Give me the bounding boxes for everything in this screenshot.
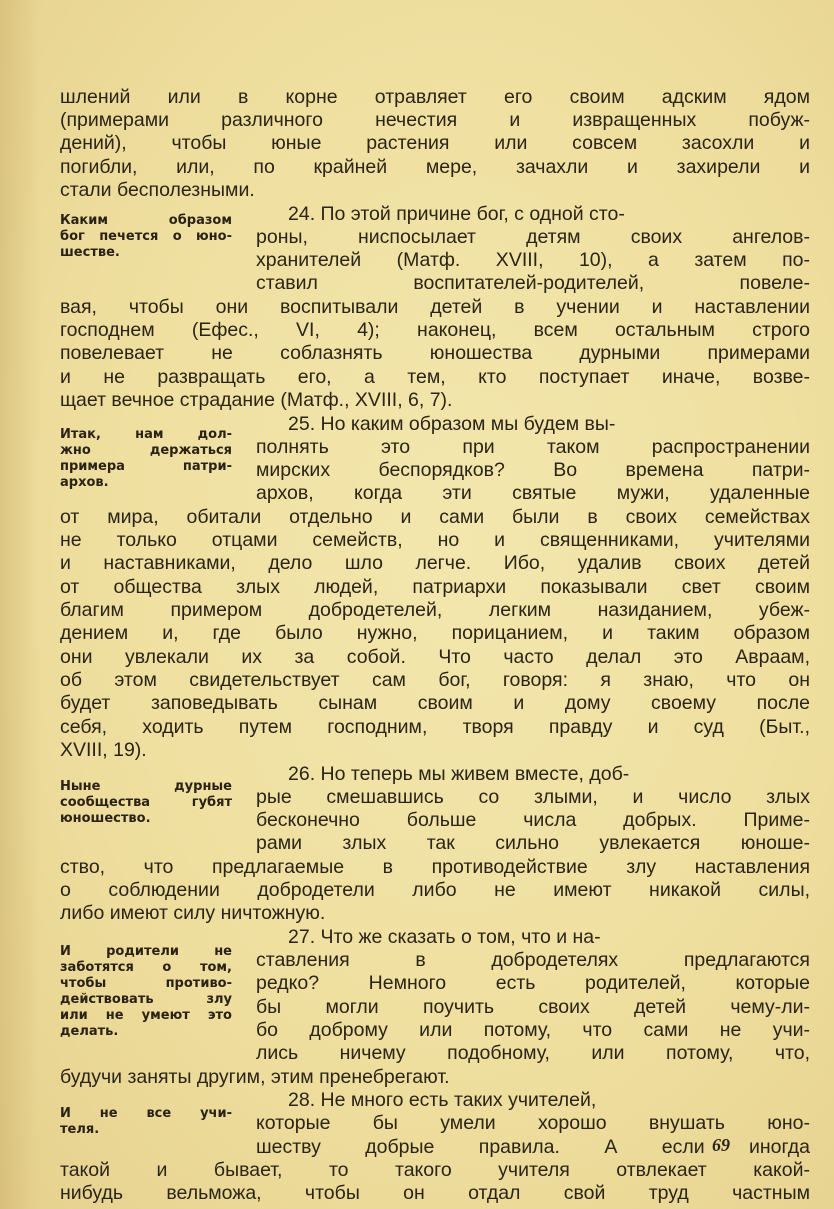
body-line: бы могли поучить своих детей чему-ли- bbox=[256, 996, 810, 1019]
body-line: рые смешавшись со злыми, и число злых bbox=[256, 786, 810, 809]
body-line: лись ничему подобному, или потому, что, bbox=[256, 1042, 810, 1065]
body-line: бо доброму или потому, что сами не учи- bbox=[256, 1019, 810, 1042]
body-line: XVIII, 19). bbox=[60, 739, 810, 762]
paragraph-24-start: 24. По этой причине бог, с одной сто- bbox=[288, 203, 810, 226]
body-line: дением и, где было нужно, порицанием, и … bbox=[60, 622, 810, 645]
body-line: от общества злых людей, патриархи показы… bbox=[60, 576, 810, 599]
paragraph-28-start: 28. Не много есть таких учителей, bbox=[288, 1089, 810, 1112]
body-line: полнять это при таком распространении bbox=[256, 436, 810, 459]
margin-note: И родители не заботятся о том, чтобы про… bbox=[60, 944, 232, 1040]
body-line: рами злых так сильно увлекается юноше- bbox=[256, 832, 810, 855]
margin-note: Итак, нам дол- жно держаться примера пат… bbox=[60, 427, 232, 491]
body-line: вая, чтобы они воспитывали детей в учени… bbox=[60, 296, 810, 319]
margin-note: Каким образом бог печется о юно- шестве. bbox=[60, 213, 232, 261]
body-line: щает вечное страдание (Матф., XVIII, 6, … bbox=[60, 389, 810, 412]
body-line: либо имеют силу ничтожную. bbox=[60, 902, 810, 925]
body-line: не только отцами семейств, но и священни… bbox=[60, 529, 810, 552]
body-line: погибли, или, по крайней мере, зачахли и… bbox=[60, 156, 810, 179]
body-line: которые бы умели хорошо внушать юно- bbox=[256, 1112, 810, 1135]
page-edge-shadow bbox=[0, 0, 40, 1209]
body-line: будучи заняты другим, этим пренебрегают. bbox=[60, 1066, 810, 1089]
body-line: и наставниками, дело шло легче. Ибо, уда… bbox=[60, 552, 810, 575]
body-line: благим примером добродетелей, легким наз… bbox=[60, 599, 810, 622]
body-line: они увлекали их за собой. Что часто дела… bbox=[60, 646, 810, 669]
body-line: об этом свидетельствует сам бог, говоря:… bbox=[60, 669, 810, 692]
margin-note: И не все учи- теля. bbox=[60, 1106, 232, 1138]
body-line: ство, что предлагаемые в противодействие… bbox=[60, 856, 810, 879]
body-line: роны, ниспосылает детям своих ангелов- bbox=[256, 226, 810, 249]
body-line: нибудь вельможа, чтобы он отдал свой тру… bbox=[60, 1182, 810, 1205]
body-line: стали бесполезными. bbox=[60, 179, 810, 202]
margin-note: Ныне дурные сообщества губят юношество. bbox=[60, 779, 232, 827]
body-line: хранителей (Матф. XVIII, 10), а затем по… bbox=[256, 249, 810, 272]
body-line: архов, когда эти святые мужи, удаленные bbox=[256, 482, 810, 505]
body-line: (примерами различного нечестия и извраще… bbox=[60, 109, 810, 132]
page-number: 69 bbox=[712, 1135, 730, 1156]
paragraph-27-start: 27. Что же сказать о том, что и на- bbox=[288, 926, 810, 949]
body-line: и не развращать его, а тем, кто поступае… bbox=[60, 366, 810, 389]
paragraph-25-start: 25. Но каким образом мы будем вы- bbox=[288, 413, 810, 436]
body-line: повелевает не соблазнять юношества дурны… bbox=[60, 342, 810, 365]
body-line: ставления в добродетелях предлагаются bbox=[256, 949, 810, 972]
body-line: о соблюдении добродетели либо не имеют н… bbox=[60, 879, 810, 902]
body-line: редко? Немного есть родителей, которые bbox=[256, 972, 810, 995]
body-line: мирских беспорядков? Во времена патри- bbox=[256, 459, 810, 482]
body-line: бесконечно больше числа добрых. Приме- bbox=[256, 809, 810, 832]
body-line: ставил воспитателей-родителей, повеле- bbox=[256, 272, 810, 295]
body-line: от мира, обитали отдельно и сами были в … bbox=[60, 506, 810, 529]
body-line: себя, ходить путем господним, творя прав… bbox=[60, 716, 810, 739]
body-line: будет заповедывать сынам своим и дому св… bbox=[60, 692, 810, 715]
body-line: господнем (Ефес., VI, 4); наконец, всем … bbox=[60, 319, 810, 342]
body-line: такой и бывает, то такого учителя отвлек… bbox=[60, 1159, 810, 1182]
paragraph-26-start: 26. Но теперь мы живем вместе, доб- bbox=[288, 763, 810, 786]
body-line: дений), чтобы юные растения или совсем з… bbox=[60, 132, 810, 155]
body-line: шлений или в корне отравляет его своим а… bbox=[60, 86, 810, 109]
